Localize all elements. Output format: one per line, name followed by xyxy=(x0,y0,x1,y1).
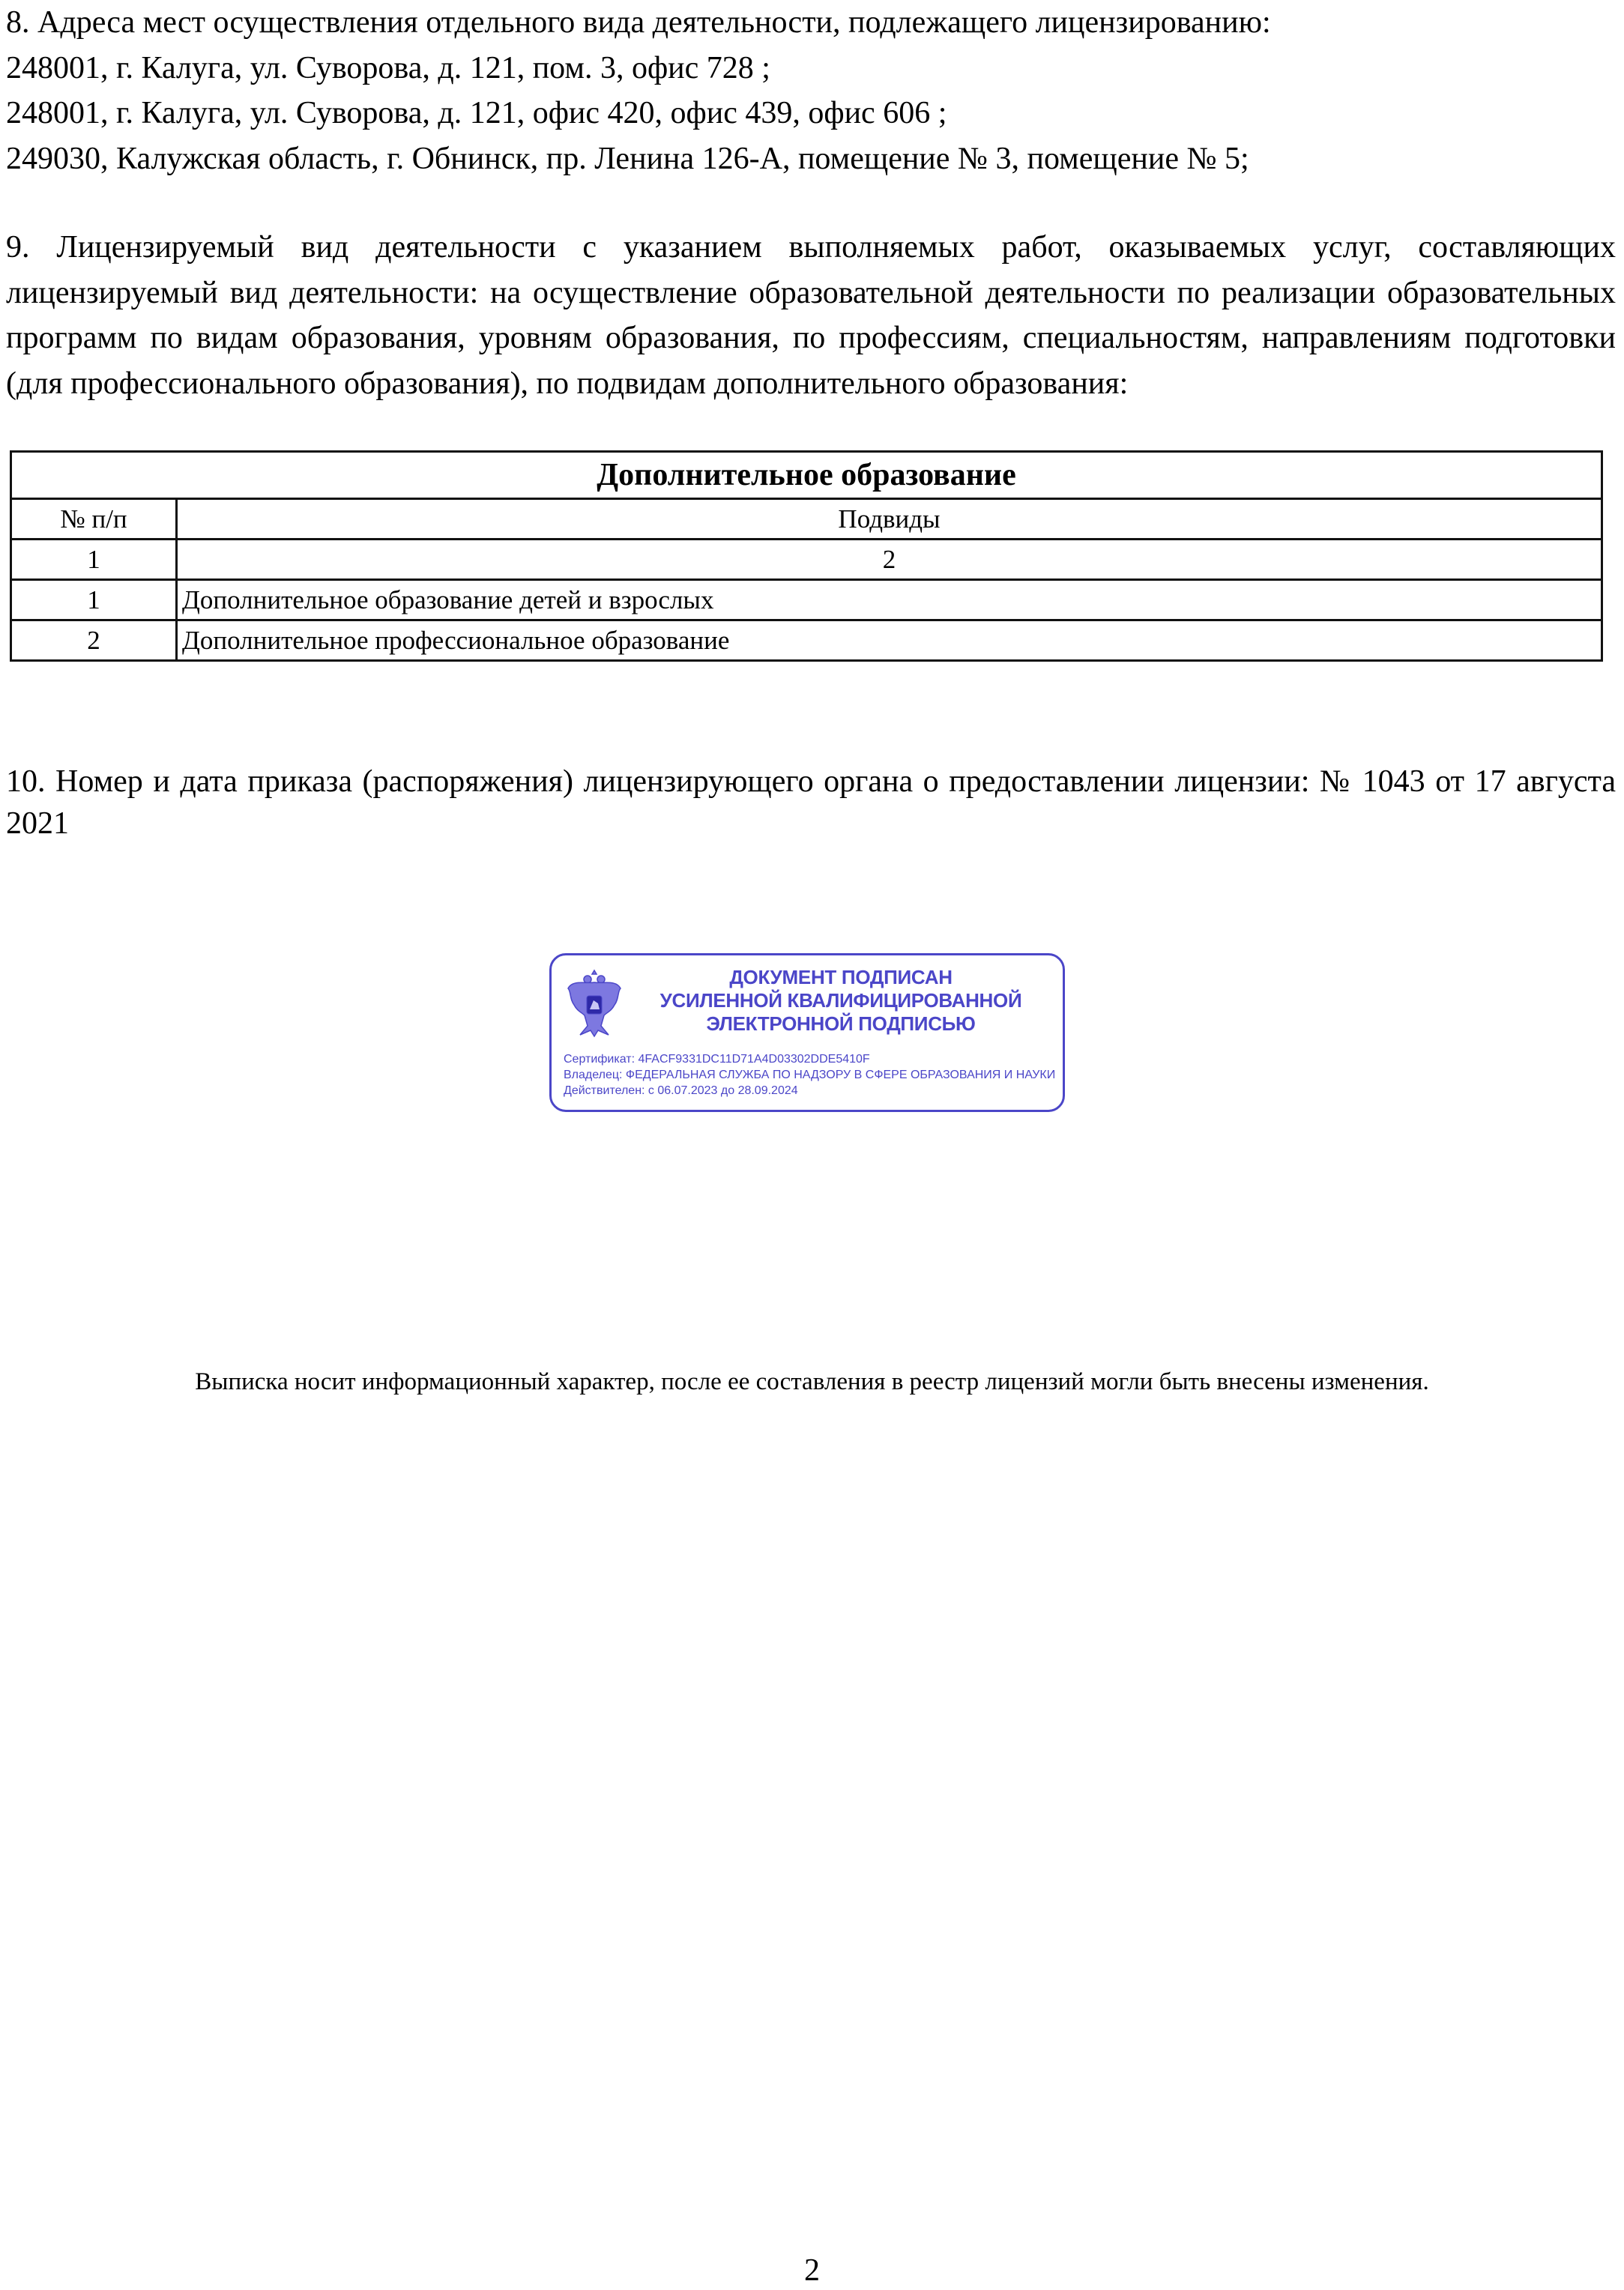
coat-of-arms-icon xyxy=(565,966,624,1038)
column-number: 1 xyxy=(11,540,177,580)
additional-education-table: Дополнительное образование № п/п Подвиды… xyxy=(10,450,1603,662)
stamp-title-line: ЭЛЕКТРОННОЙ ПОДПИСЬЮ xyxy=(627,1012,1055,1036)
table-row: 1 Дополнительное образование детей и взр… xyxy=(11,580,1602,620)
stamp-owner: Владелец: ФЕДЕРАЛЬНАЯ СЛУЖБА ПО НАДЗОРУ … xyxy=(564,1067,1055,1083)
disclaimer-note: Выписка носит информационный характер, п… xyxy=(0,1368,1624,1396)
section-9-activity: 9. Лицензируемый вид деятельности с указ… xyxy=(6,225,1616,406)
table-title: Дополнительное образование xyxy=(11,452,1602,499)
address-line: 248001, г. Калуга, ул. Суворова, д. 121,… xyxy=(6,91,1595,136)
stamp-validity: Действителен: с 06.07.2023 до 28.09.2024 xyxy=(564,1083,1055,1099)
stamp-details: Сертификат: 4FACF9331DC11D71A4D03302DDE5… xyxy=(564,1051,1055,1099)
table-header-row: № п/п Подвиды xyxy=(11,499,1602,540)
electronic-signature-stamp: ДОКУМЕНТ ПОДПИСАН УСИЛЕННОЙ КВАЛИФИЦИРОВ… xyxy=(549,953,1065,1112)
stamp-title: ДОКУМЕНТ ПОДПИСАН УСИЛЕННОЙ КВАЛИФИЦИРОВ… xyxy=(627,966,1055,1036)
section-8-heading: 8. Адреса мест осуществления отдельного … xyxy=(6,0,1595,46)
address-line: 248001, г. Калуга, ул. Суворова, д. 121,… xyxy=(6,46,1595,91)
header-subtypes: Подвиды xyxy=(177,499,1602,540)
row-subtype: Дополнительное образование детей и взрос… xyxy=(177,580,1602,620)
stamp-title-line: УСИЛЕННОЙ КВАЛИФИЦИРОВАННОЙ xyxy=(627,989,1055,1012)
column-number: 2 xyxy=(177,540,1602,580)
table-title-row: Дополнительное образование xyxy=(11,452,1602,499)
row-number: 1 xyxy=(11,580,177,620)
header-number: № п/п xyxy=(11,499,177,540)
table-row: 2 Дополнительное профессиональное образо… xyxy=(11,620,1602,661)
page-number: 2 xyxy=(0,2253,1624,2289)
section-10-order: 10. Номер и дата приказа (распоряжения) … xyxy=(6,761,1616,845)
table-column-numbers-row: 1 2 xyxy=(11,540,1602,580)
stamp-title-line: ДОКУМЕНТ ПОДПИСАН xyxy=(627,966,1055,989)
row-number: 2 xyxy=(11,620,177,661)
stamp-certificate: Сертификат: 4FACF9331DC11D71A4D03302DDE5… xyxy=(564,1051,1055,1067)
row-subtype: Дополнительное профессиональное образова… xyxy=(177,620,1602,661)
address-line: 249030, Калужская область, г. Обнинск, п… xyxy=(6,136,1595,182)
section-8-addresses: 8. Адреса мест осуществления отдельного … xyxy=(6,0,1595,181)
